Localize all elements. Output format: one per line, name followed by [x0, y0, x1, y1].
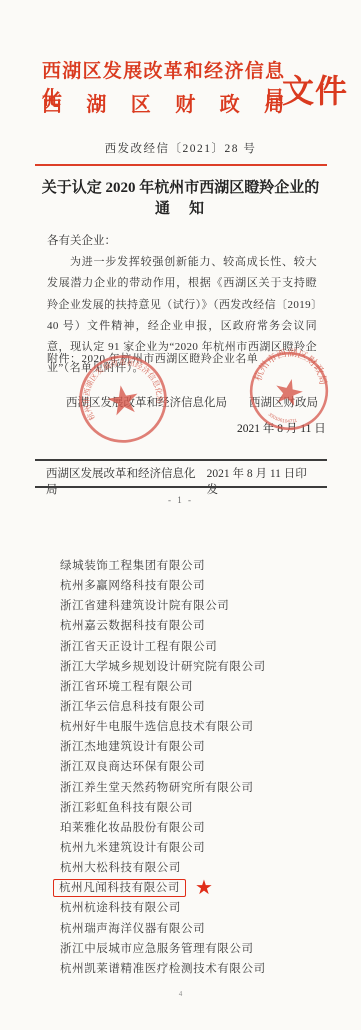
- company-list-item: 浙江大学城乡规划设计研究院有限公司: [60, 657, 350, 677]
- signature-left-agency: 西湖区发展改革和经济信息化局: [66, 394, 227, 410]
- company-list-item: 杭州大松科技有限公司: [60, 858, 350, 878]
- signature-right-agency: 西湖区财政局: [249, 394, 318, 410]
- company-list-item: 杭州杭途科技有限公司: [60, 898, 350, 918]
- company-list-item: 杭州好牛电服牛选信息技术有限公司: [60, 717, 350, 737]
- company-list-item: 杭州瑞声海洋仪器有限公司: [60, 919, 350, 939]
- letterhead-agency-line2: 西湖区财政局: [42, 88, 284, 117]
- document-number: 西发改经信〔2021〕28 号: [0, 140, 361, 156]
- highlighted-company-box: 杭州凡闻科技有限公司: [53, 879, 186, 897]
- company-list-item: 杭州凡闻科技有限公司★: [60, 878, 350, 898]
- footer-issuer: 西湖区发展改革和经济信息化局: [46, 465, 207, 497]
- page-number-1: - 1 -: [0, 495, 361, 505]
- company-list-item: 杭州九米建筑设计有限公司: [60, 838, 350, 858]
- company-list-item: 浙江双良商达环保有限公司: [60, 757, 350, 777]
- footer-rule-bottom: [35, 486, 327, 488]
- company-list-item: 浙江彩虹鱼科技有限公司: [60, 798, 350, 818]
- company-list-item: 浙江省建科建筑设计院有限公司: [60, 596, 350, 616]
- company-list-item: 绿城装饰工程集团有限公司: [60, 556, 350, 576]
- footer-print-date: 2021 年 8 月 11 日印发: [207, 465, 318, 497]
- page-number-4: 4: [0, 990, 361, 998]
- company-list: 绿城装饰工程集团有限公司杭州多赢网络科技有限公司浙江省建科建筑设计院有限公司杭州…: [60, 556, 350, 979]
- star-icon: ★: [195, 877, 214, 899]
- company-list-item: 浙江中辰城市应急服务管理有限公司: [60, 939, 350, 959]
- company-list-item: 浙江杰地建筑设计有限公司: [60, 737, 350, 757]
- company-list-item: 浙江省天正设计工程有限公司: [60, 637, 350, 657]
- document-title-line1: 关于认定 2020 年杭州市西湖区瞪羚企业的: [0, 176, 361, 197]
- footer-rule-top: [35, 459, 327, 461]
- signature-date: 2021 年 8 月 11 日: [237, 420, 326, 436]
- red-divider-rule: [35, 164, 327, 166]
- company-list-item: 杭州凯莱谱精准医疗检测技术有限公司: [60, 959, 350, 979]
- company-list-item: 浙江华云信息科技有限公司: [60, 697, 350, 717]
- attachment-reference-line: 附件：2020 年杭州市西湖区瞪羚企业名单: [47, 350, 258, 366]
- salutation: 各有关企业：: [47, 232, 116, 248]
- company-list-item: 浙江省环境工程有限公司: [60, 677, 350, 697]
- document-title-line2: 通 知: [0, 197, 361, 218]
- company-list-item: 珀莱雅化妆品股份有限公司: [60, 818, 350, 838]
- company-list-item: 浙江养生堂天然药物研究所有限公司: [60, 778, 350, 798]
- letterhead-doc-suffix: 文件: [282, 66, 358, 112]
- company-list-item: 杭州嘉云数据科技有限公司: [60, 616, 350, 636]
- company-list-item: 杭州多赢网络科技有限公司: [60, 576, 350, 596]
- footer-row: 西湖区发展改革和经济信息化局 2021 年 8 月 11 日印发: [46, 465, 318, 497]
- document-page: 西湖区发展改革和经济信息化局 西湖区财政局 文件 西发改经信〔2021〕28 号…: [0, 0, 361, 1030]
